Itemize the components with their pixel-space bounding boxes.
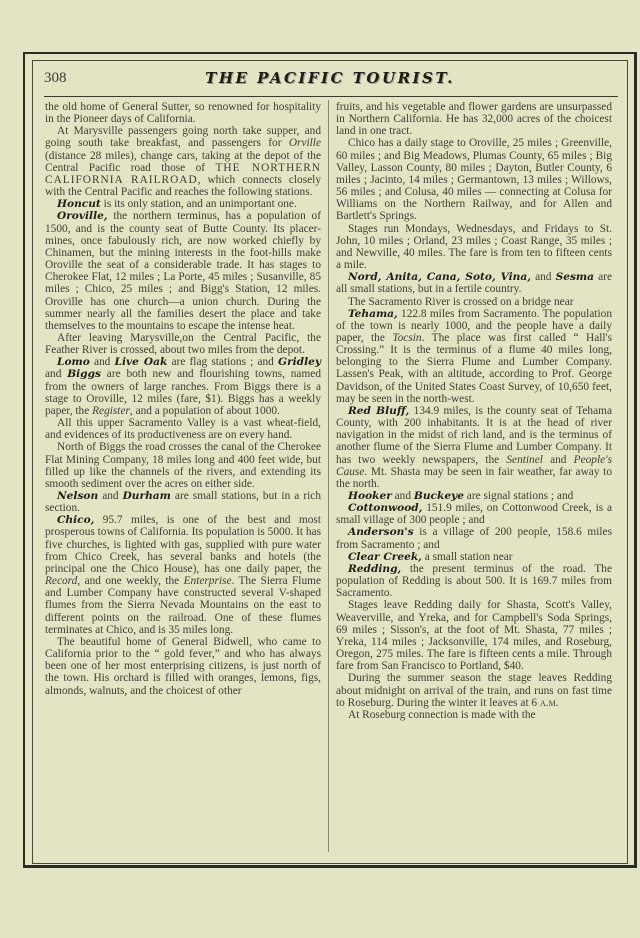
body-text: and — [90, 356, 115, 368]
running-title: THE PACIFIC TOURIST. — [44, 69, 616, 87]
header-rule — [44, 96, 618, 97]
paragraph: Nord, Anita, Cana, Soto, Vina, and Sesma… — [336, 271, 612, 295]
body-text: . Mt. Shasta may be seen in fair weather… — [336, 466, 612, 490]
paragraph: Hooker and Buckeye are signal stations ;… — [336, 490, 612, 502]
station-name: Nelson — [57, 490, 98, 502]
body-text: are flag stations ; and — [167, 356, 278, 368]
station-name: Durham — [123, 490, 171, 502]
paragraph: During the summer season the stage leave… — [336, 672, 612, 708]
station-name: Clear Creek, — [348, 551, 422, 563]
station-name: Biggs — [67, 368, 101, 380]
paragraph: Honcut is its only station, and an unimp… — [45, 198, 321, 210]
body-text: a small station near — [422, 551, 513, 563]
station-name: Oroville, — [57, 210, 108, 222]
paragraph: Lomo and Live Oak are flag stations ; an… — [45, 356, 321, 417]
publication-title: Record — [45, 575, 77, 587]
publication-title: Orville — [289, 137, 321, 149]
paragraph: Tehama, 122.8 miles from Sacramento. The… — [336, 308, 612, 405]
paragraph: At Marysville passengers going north tak… — [45, 125, 321, 198]
body-text: At Marysville passengers going north tak… — [45, 125, 321, 149]
page-header: 308 THE PACIFIC TOURIST. — [44, 68, 616, 96]
publication-title: Sentinel — [506, 454, 543, 466]
body-text: the northern terminus, has a population … — [45, 210, 321, 331]
paragraph: Redding, the present terminus of the roa… — [336, 563, 612, 599]
station-name: Lomo — [57, 356, 90, 368]
paragraph: Stages run Mondays, Wednesdays, and Frid… — [336, 223, 612, 272]
paragraph: Chico has a daily stage to Oroville, 25 … — [336, 137, 612, 222]
body-text: the old home of General Sutter, so renow… — [45, 101, 321, 125]
station-name: Live Oak — [115, 356, 168, 368]
right-column: fruits, and his vegetable and flower gar… — [336, 101, 612, 721]
body-text: All this upper Sacramento Valley is a va… — [45, 417, 321, 441]
paragraph: All this upper Sacramento Valley is a va… — [45, 417, 321, 441]
paragraph: Chico, 95.7 miles, is one of the best an… — [45, 514, 321, 636]
station-name: Tehama, — [348, 308, 398, 320]
body-text: During the summer season the stage leave… — [336, 672, 612, 708]
station-name: Chico, — [57, 514, 94, 526]
station-name: Nord, Anita, Cana, Soto, Vina, — [348, 271, 531, 283]
station-name: Sesma — [556, 271, 594, 283]
body-text: and — [98, 490, 122, 502]
paragraph: fruits, and his vegetable and flower gar… — [336, 101, 612, 137]
paragraph: After leaving Marysville,on the Central … — [45, 332, 321, 356]
body-text: Stages leave Redding daily for Shasta, S… — [336, 599, 612, 672]
station-name: Buckeye — [414, 490, 464, 502]
station-name: Red Bluff, — [348, 405, 409, 417]
body-text: The beautiful home of General Bidwell, w… — [45, 636, 321, 697]
paragraph: Nelson and Durham are small stations, bu… — [45, 490, 321, 514]
body-text: and — [45, 368, 67, 380]
station-name: Cottonwood, — [348, 502, 422, 514]
body-text: , and one weekly, the — [77, 575, 183, 587]
paragraph: Cottonwood, 151.9 miles, on Cottonwood C… — [336, 502, 612, 526]
time-abbrev: a.m. — [540, 697, 559, 709]
publication-title: Register — [92, 405, 130, 417]
left-column: the old home of General Sutter, so renow… — [45, 101, 321, 697]
body-text: , and a population of about 1000. — [130, 405, 280, 417]
station-name: Redding, — [348, 563, 401, 575]
station-name: Hooker — [348, 490, 392, 502]
body-text: are signal stations ; and — [464, 490, 573, 502]
paragraph: Red Bluff, 134.9 miles, is the county se… — [336, 405, 612, 490]
publication-title: Tocsin — [392, 332, 421, 344]
body-text: The Sacramento River is crossed on a bri… — [348, 296, 574, 308]
body-text: and — [392, 490, 414, 502]
station-name: Gridley — [278, 356, 321, 368]
body-text: At Roseburg connection is made with the — [348, 709, 536, 721]
body-text: After leaving Marysville,on the Central … — [45, 332, 321, 356]
paragraph: At Roseburg connection is made with the — [336, 709, 612, 721]
body-text: Stages run Mondays, Wednesdays, and Frid… — [336, 223, 612, 271]
paragraph: North of Biggs the road crosses the cana… — [45, 441, 321, 490]
station-name: Honcut — [57, 198, 101, 210]
paragraph: Clear Creek, a small station near — [336, 551, 612, 563]
body-text: and — [543, 454, 574, 466]
paragraph: the old home of General Sutter, so renow… — [45, 101, 321, 125]
body-text: is its only station, and an unimportant … — [101, 198, 297, 210]
station-name: Anderson's — [348, 526, 414, 538]
column-divider — [328, 100, 329, 852]
paragraph: The Sacramento River is crossed on a bri… — [336, 296, 612, 308]
body-text: North of Biggs the road crosses the cana… — [45, 441, 321, 489]
paragraph: Oroville, the northern terminus, has a p… — [45, 210, 321, 332]
publication-title: Enterprise — [184, 575, 232, 587]
paragraph: The beautiful home of General Bidwell, w… — [45, 636, 321, 697]
body-text: and — [531, 271, 556, 283]
paragraph: Stages leave Redding daily for Shasta, S… — [336, 599, 612, 672]
body-text: fruits, and his vegetable and flower gar… — [336, 101, 612, 137]
body-text: Chico has a daily stage to Oroville, 25 … — [336, 137, 612, 222]
paragraph: Anderson's is a village of 200 people, 1… — [336, 526, 612, 550]
